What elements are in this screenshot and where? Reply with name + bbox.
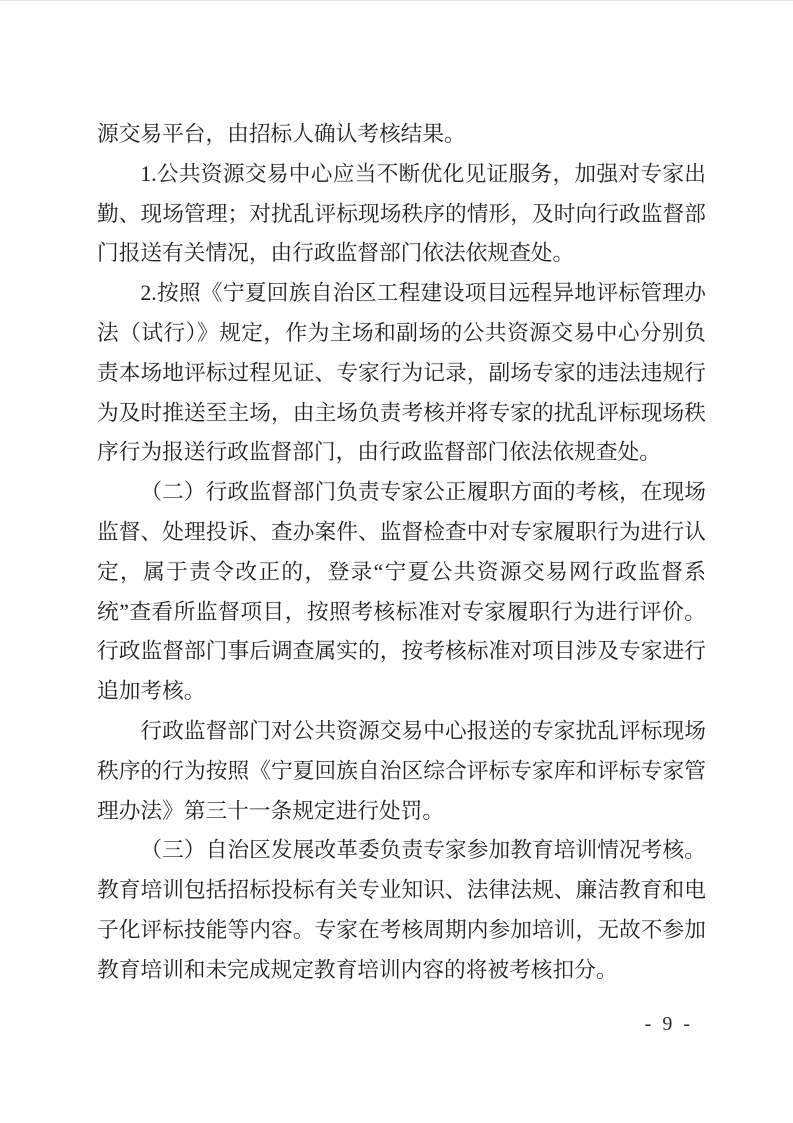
paragraph-section-2: （二）行政监督部门负责专家公正履职方面的考核，在现场监督、处理投诉、查办案件、监… — [97, 473, 706, 712]
paragraph-point-2: 2.按照《宁夏回族自治区工程建设项目远程异地评标管理办法（试行）》规定，作为主场… — [97, 274, 706, 473]
document-body: 源交易平台，由招标人确认考核结果。 1.公共资源交易中心应当不断优化见证服务，加… — [97, 115, 706, 991]
paragraph-section-3: （三）自治区发展改革委负责专家参加教育培训情况考核。教育培训包括招标投标有关专业… — [97, 831, 706, 990]
document-page: 源交易平台，由招标人确认考核结果。 1.公共资源交易中心应当不断优化见证服务，加… — [0, 0, 793, 1123]
paragraph-continuation: 源交易平台，由招标人确认考核结果。 — [97, 115, 706, 155]
paragraph-point-1: 1.公共资源交易中心应当不断优化见证服务，加强对专家出勤、现场管理；对扰乱评标现… — [97, 155, 706, 274]
paragraph-penalty: 行政监督部门对公共资源交易中心报送的专家扰乱评标现场秩序的行为按照《宁夏回族自治… — [97, 712, 706, 831]
page-number: - 9 - — [645, 1013, 693, 1036]
